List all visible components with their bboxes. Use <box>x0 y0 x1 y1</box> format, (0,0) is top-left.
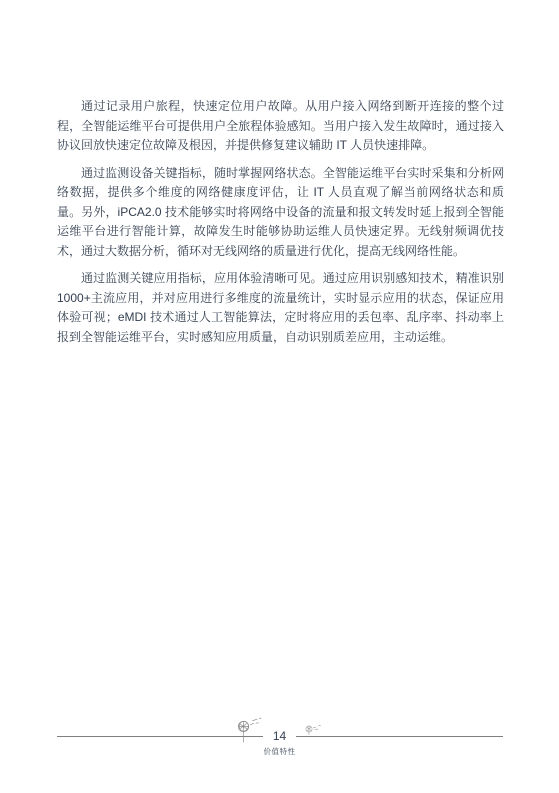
paragraph-device-kpi: 通过监测设备关键指标，随时掌握网络状态。全智能运维平台实时采集和分析网络数据，提… <box>57 164 504 262</box>
page-number: 14 <box>0 730 559 742</box>
footer-section-label: 价值特性 <box>0 747 559 756</box>
document-page: 通过记录用户旅程，快速定位用户故障。从用户接入网络到断开连接的整个过程，全智能运… <box>0 0 559 793</box>
paragraph-application-kpi: 通过监测关键应用指标，应用体验清晰可见。通过应用识别感知技术，精准识别1000+… <box>57 269 504 347</box>
page-content: 通过记录用户旅程，快速定位用户故障。从用户接入网络到断开连接的整个过程，全智能运… <box>57 97 504 355</box>
paragraph-user-journey: 通过记录用户旅程，快速定位用户故障。从用户接入网络到断开连接的整个过程，全智能运… <box>57 97 504 156</box>
